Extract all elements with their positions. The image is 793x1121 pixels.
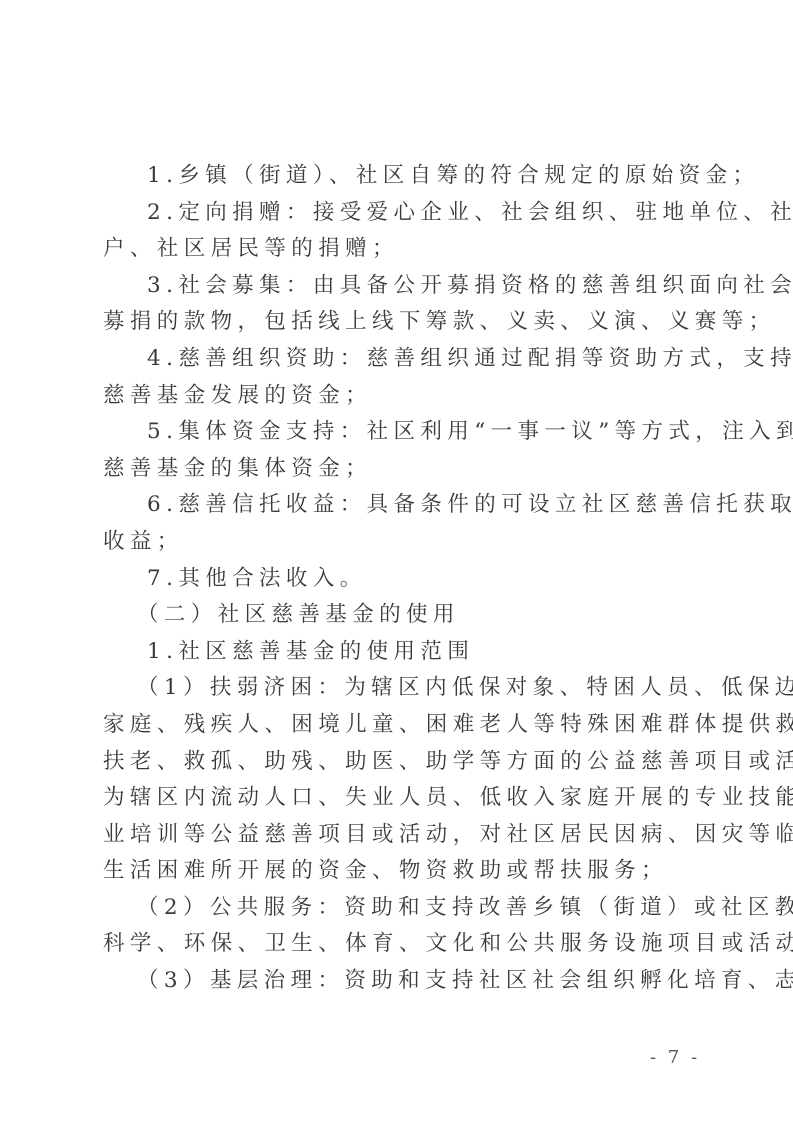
usage-item-1-cont-d: 业培训等公益慈善项目或活动，对社区居民因病、因灾等临时性	[103, 817, 699, 854]
funding-source-7: 7.其他合法收入。	[103, 561, 699, 598]
subsection-usage-scope: 1.社区慈善基金的使用范围	[103, 634, 699, 671]
funding-source-2-cont: 户、社区居民等的捐赠；	[103, 231, 699, 268]
section-heading-fund-usage: （二）社区慈善基金的使用	[103, 597, 699, 634]
funding-source-6: 6.慈善信托收益：具备条件的可设立社区慈善信托获取持续	[103, 487, 699, 524]
funding-source-3-cont: 募捐的款物，包括线上线下筹款、义卖、义演、义赛等；	[103, 304, 699, 341]
funding-source-3: 3.社会募集：由具备公开募捐资格的慈善组织面向社会公开	[103, 268, 699, 305]
funding-source-4-cont: 慈善基金发展的资金；	[103, 378, 699, 415]
usage-item-2: （2）公共服务：资助和支持改善乡镇（街道）或社区教育、	[103, 890, 699, 927]
funding-source-2: 2.定向捐赠：接受爱心企业、社会组织、驻地单位、社区商	[103, 195, 699, 232]
usage-item-1: （1）扶弱济困：为辖区内低保对象、特困人员、低保边缘	[103, 670, 699, 707]
page-number: - 7 -	[650, 1047, 700, 1068]
usage-item-2-cont: 科学、环保、卫生、体育、文化和公共服务设施项目或活动；	[103, 926, 699, 963]
funding-source-4: 4.慈善组织资助：慈善组织通过配捐等资助方式，支持社区	[103, 341, 699, 378]
funding-source-1: 1.乡镇（街道）、社区自筹的符合规定的原始资金；	[103, 158, 699, 195]
usage-item-1-cont-b: 扶老、救孤、助残、助医、助学等方面的公益慈善项目或活动，	[103, 744, 699, 781]
usage-item-1-cont-c: 为辖区内流动人口、失业人员、低收入家庭开展的专业技能和创	[103, 780, 699, 817]
funding-source-5-cont: 慈善基金的集体资金；	[103, 451, 699, 488]
document-body: 1.乡镇（街道）、社区自筹的符合规定的原始资金； 2.定向捐赠：接受爱心企业、社…	[103, 158, 699, 1000]
usage-item-1-cont-a: 家庭、残疾人、困境儿童、困难老人等特殊困难群体提供救济、	[103, 707, 699, 744]
usage-item-1-cont-e: 生活困难所开展的资金、物资救助或帮扶服务；	[103, 853, 699, 890]
usage-item-3: （3）基层治理：资助和支持社区社会组织孵化培育、志愿	[103, 963, 699, 1000]
funding-source-6-cont: 收益；	[103, 524, 699, 561]
funding-source-5: 5.集体资金支持：社区利用“一事一议”等方式，注入到社区	[103, 414, 699, 451]
